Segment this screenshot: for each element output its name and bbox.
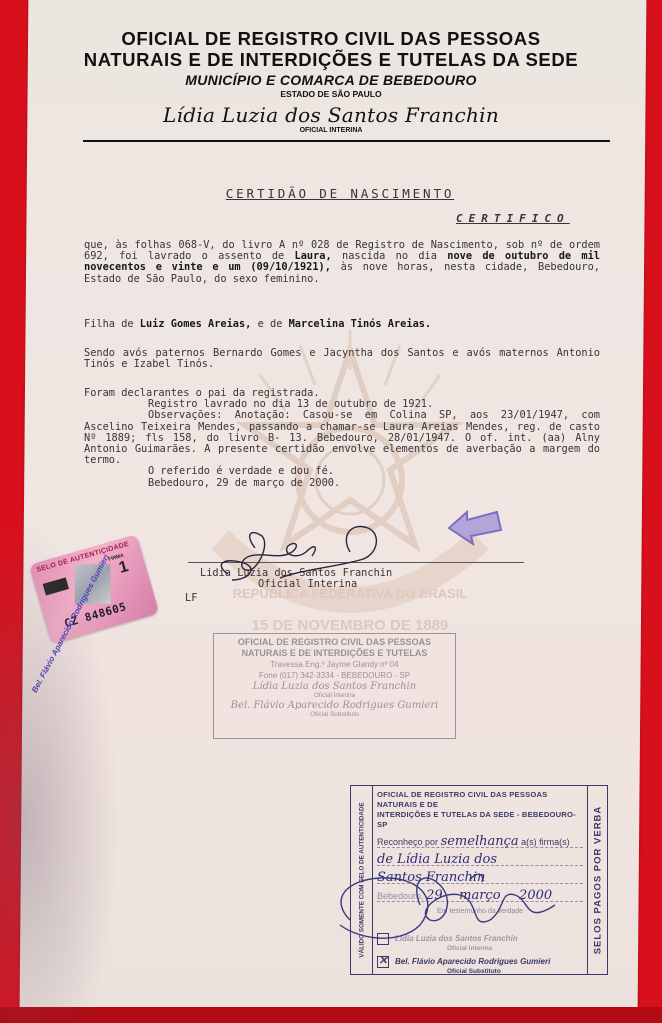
- birth-record-paragraph: que, às folhas 068-V, do livro A nº 028 …: [84, 240, 600, 285]
- parents-label: Filha de: [84, 318, 140, 330]
- stamp1-line2: NATURAIS E DE INTERDIÇÕES E TUTELAS: [214, 648, 455, 659]
- stamp2-left-column: VÁLIDO SOMENTE COM SELO DE AUTENTICIDADE: [351, 786, 373, 974]
- signature-recognition-stamp: VÁLIDO SOMENTE COM SELO DE AUTENTICIDADE…: [350, 785, 608, 975]
- stamp1-substitute: Bel. Flávio Aparecido Rodrigues Gumieri: [214, 700, 455, 711]
- officer-signature: Lídia Luzia dos Santos Franchin: [0, 103, 662, 127]
- father-name: Luiz Gomes Areias,: [140, 318, 252, 330]
- stamp1-substitute-role: Oficial Substituto: [214, 711, 455, 719]
- stamp1-phone: Fone (017) 342-3334 - BEBEDOURO - SP: [214, 670, 455, 681]
- date-line: Bebedouro, 29 março 2000: [377, 888, 583, 902]
- validity-note: VÁLIDO SOMENTE COM SELO DE AUTENTICIDADE: [358, 802, 365, 957]
- date-day: 29: [426, 888, 443, 903]
- recognition-label: Reconheço por: [377, 837, 438, 847]
- stamp1-officer-role: Oficial Interina: [214, 692, 455, 700]
- seal-count: 1: [117, 558, 131, 578]
- child-name: Laura,: [295, 250, 332, 262]
- parents-paragraph: Filha de Luiz Gomes Areias, e de Marceli…: [84, 319, 600, 330]
- officer-title: OFICIAL INTERINA: [0, 127, 662, 135]
- option-officer-name: Lídia Luzia dos Santos Franchin: [395, 934, 518, 943]
- document-title: CERTIDÃO DE NASCIMENTO: [160, 186, 520, 201]
- officer-checkbox: [377, 933, 389, 945]
- option-officer: Lídia Luzia dos Santos Franchin: [377, 933, 583, 945]
- registry-name-line2: NATURAIS E DE INTERDIÇÕES E TUTELAS DA S…: [0, 49, 662, 70]
- option-substitute-name: Bel. Flávio Aparecido Rodrigues Gumieri: [395, 957, 550, 966]
- signature-line: [188, 562, 524, 563]
- option-officer-role: Oficial Interina: [377, 945, 583, 952]
- fees-note: SELOS PAGOS POR VERBA: [592, 806, 603, 955]
- seal-barcode: [43, 577, 69, 595]
- date-year: 2000: [519, 888, 552, 903]
- certifico-label: CERTIFICO: [456, 212, 570, 225]
- observations-paragraph: Foram declarantes o pai da registrada. R…: [84, 388, 600, 489]
- mother-name: Marcelina Tinós Areias.: [289, 318, 432, 330]
- registry-name-line1: OFICIAL DE REGISTRO CIVIL DAS PESSOAS: [0, 28, 662, 49]
- municipality: MUNICÍPIO E COMARCA DE BEBEDOURO: [0, 72, 662, 89]
- date-month: março: [459, 888, 500, 903]
- clerk-initials: LF: [185, 592, 197, 604]
- recognition-line: Reconheço por semelhança a(s) firma(s): [377, 834, 583, 848]
- handwritten-name-line1: de Lídia Luzia dos: [377, 852, 583, 866]
- firma-label: a(s) firma(s): [521, 837, 570, 847]
- recognition-handwritten: semelhança: [441, 834, 519, 849]
- state: ESTADO DE SÃO PAULO: [0, 89, 662, 99]
- background-strip: [0, 1007, 662, 1023]
- signatory-role: Oficial Interina: [258, 578, 357, 590]
- option-substitute: ✕Bel. Flávio Aparecido Rodrigues Gumieri: [377, 956, 583, 968]
- handwritten-name-part1: de Lídia Luzia dos: [377, 852, 497, 867]
- parents-connector: e de: [251, 318, 288, 330]
- attestation-text: O referido é verdade e dou fé.: [84, 466, 600, 477]
- stamp1-line1: OFICIAL DE REGISTRO CIVIL DAS PESSOAS: [214, 637, 455, 648]
- option-substitute-role: Oficial Substituto: [377, 968, 583, 975]
- stamp2-head2: INTERDIÇÕES E TUTELAS DA SEDE - BEBEDOUR…: [377, 810, 583, 830]
- handwritten-name-line2: Santos Franchin: [377, 870, 583, 884]
- issue-date-text: Bebedouro, 29 de março de 2000.: [84, 478, 600, 489]
- header-divider: [83, 140, 610, 142]
- grandparents-paragraph: Sendo avós paternos Bernardo Gomes e Jac…: [84, 348, 600, 370]
- substitute-checkbox-checked: ✕: [377, 956, 389, 968]
- testimony-text: Em testemunho da verdade: [377, 908, 583, 915]
- stamp2-right-column: SELOS PAGOS POR VERBA: [587, 786, 607, 974]
- stamp1-address: Travessa Eng.º Jayme Glandy nº 04: [214, 659, 455, 670]
- stamp1-officer: Lídia Luzia dos Santos Franchin: [214, 681, 455, 692]
- handwritten-name-part2: Santos Franchin: [377, 870, 485, 885]
- registry-stamp-faint: OFICIAL DE REGISTRO CIVIL DAS PESSOAS NA…: [213, 633, 456, 739]
- birth-text: nascida no dia: [332, 250, 448, 262]
- arrow-stamp-icon: [445, 506, 505, 546]
- place-label: Bebedouro,: [377, 891, 424, 901]
- observations-text: Observações: Anotação: Casou-se em Colin…: [84, 410, 600, 466]
- stamp2-head1: OFICIAL DE REGISTRO CIVIL DAS PESSOAS NA…: [377, 790, 583, 810]
- registry-header: OFICIAL DE REGISTRO CIVIL DAS PESSOAS NA…: [0, 28, 662, 135]
